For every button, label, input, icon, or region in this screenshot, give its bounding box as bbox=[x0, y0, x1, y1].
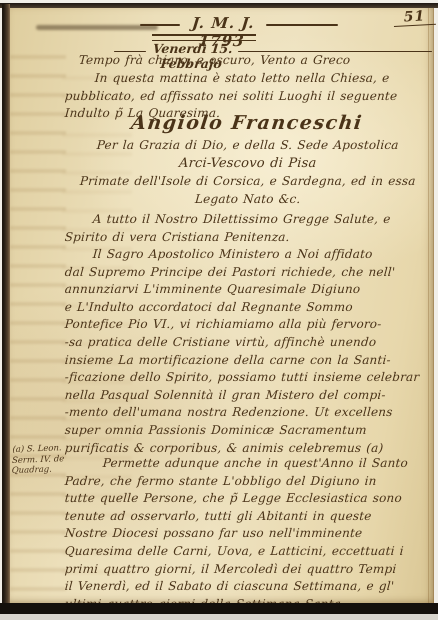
manuscript-line: dal Supremo Principe dei Pastori richied… bbox=[64, 265, 431, 283]
margin-citation-line: Quadrag. bbox=[11, 464, 67, 476]
title-line: Legato Nato &c. bbox=[64, 192, 431, 210]
manuscript-photo: J. M. J. 1793 51 Venerdì 15. Febbrajo Te… bbox=[0, 0, 438, 620]
edict-paragraph-2: Permette adunque anche in quest'Anno il … bbox=[64, 456, 430, 614]
monogram-double-underline bbox=[152, 34, 256, 41]
title-line: Primate dell'Isole di Corsica, e Sardegn… bbox=[64, 174, 431, 192]
manuscript-line: annunziarvi L'imminente Quaresimale Digi… bbox=[64, 282, 431, 300]
manuscript-line: Il Sagro Apostolico Ministero a Noi affi… bbox=[64, 247, 431, 265]
title-line: Arci-Vescovo di Pisa bbox=[64, 156, 431, 174]
manuscript-line: tenute ad osservarlo, tutti gli Abitanti… bbox=[64, 509, 431, 527]
manuscript-line: -sa pratica delle Cristiane virtù, affin… bbox=[64, 335, 431, 353]
folio-number: 51 bbox=[393, 8, 436, 27]
photo-bottom-margin bbox=[0, 614, 438, 620]
manuscript-line: super omnia Passionis Dominicæ Sacrament… bbox=[64, 423, 431, 441]
manuscript-line: -ficazione dello Spirito, possiamo tutti… bbox=[64, 370, 431, 388]
edict-author-name: Angiolo Franceschi bbox=[63, 112, 432, 134]
manuscript-line: e L'Indulto accordatoci dal Regnante Som… bbox=[64, 300, 431, 318]
title-line: Per la Grazia di Dio, e della S. Sede Ap… bbox=[64, 138, 431, 156]
manuscript-line: A tutto il Nostro Dilettissimo Gregge Sa… bbox=[64, 212, 431, 230]
manuscript-line: Nostre Diocesi possano far uso nell'immi… bbox=[64, 526, 431, 544]
edict-salutation: A tutto il Nostro Dilettissimo Gregge Sa… bbox=[64, 212, 430, 247]
manuscript-line: Quaresima delle Carni, Uova, e Latticini… bbox=[64, 544, 431, 562]
manuscript-page: J. M. J. 1793 51 Venerdì 15. Febbrajo Te… bbox=[10, 8, 434, 603]
photo-bottom-bar bbox=[0, 603, 438, 614]
edict-titles: Per la Grazia di Dio, e della S. Sede Ap… bbox=[64, 138, 430, 210]
weather-line: Tempo frà chiaro, e oscuro, Vento a Grec… bbox=[64, 53, 431, 71]
manuscript-line: primi quattro giorni, il Mercoledì dei q… bbox=[64, 562, 431, 580]
manuscript-line: -mento dell'umana nostra Redenzione. Ut … bbox=[64, 405, 431, 423]
manuscript-line: insieme La mortificazione della carne co… bbox=[64, 353, 431, 371]
show-through-texture bbox=[10, 48, 66, 593]
manuscript-line: pubblicato, ed affissato nei soliti Luog… bbox=[64, 89, 431, 107]
manuscript-line: In questa mattina è stato letto nella Ch… bbox=[64, 71, 431, 89]
manuscript-line: Padre, che fermo stante L'obbligo del Di… bbox=[64, 474, 431, 492]
edict-paragraph-1: Il Sagro Apostolico Ministero a Noi affi… bbox=[64, 247, 430, 458]
manuscript-line: nella Pasqual Solennità il gran Mistero … bbox=[64, 388, 431, 406]
manuscript-line: Spirito di vera Cristiana Penitenza. bbox=[64, 230, 431, 248]
margin-citation: (a) S. Leon. Serm. IV. de Quadrag. bbox=[11, 443, 68, 477]
margin-citation-line: (a) S. Leon. Serm. IV. de bbox=[12, 443, 69, 466]
book-binding-edge bbox=[2, 4, 10, 605]
manuscript-line: Permette adunque anche in quest'Anno il … bbox=[64, 456, 431, 474]
manuscript-line: Pontefice Pio VI., vi richiamiamo alla p… bbox=[64, 317, 431, 335]
manuscript-line: il Venerdì, ed il Sabato di ciascuna Set… bbox=[64, 579, 431, 597]
manuscript-line: tutte quelle Persone, che p̃ Legge Eccle… bbox=[64, 491, 431, 509]
header-rule-right bbox=[266, 24, 338, 26]
